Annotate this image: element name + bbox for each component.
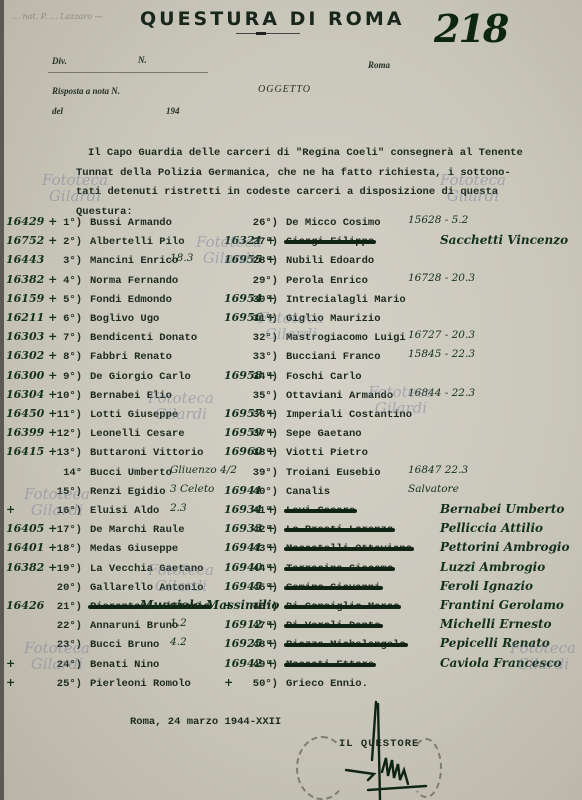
handwritten-margin-number: 16429 + bbox=[6, 215, 57, 228]
paragraph-line: tati detenuti ristretti in codeste carce… bbox=[44, 183, 564, 203]
detainee-row: 10°)Bernabei Elio bbox=[44, 390, 172, 402]
detainee-row: 2°)Albertelli Pilo bbox=[44, 236, 185, 248]
handwritten-annotation: Bernabei Umberto bbox=[440, 502, 564, 516]
detainee-name: La Vecchia Gaetano bbox=[90, 563, 203, 575]
detainee-row: 50°)Grieco Ennio. bbox=[240, 678, 368, 690]
detainee-name: Bussi Armando bbox=[90, 217, 172, 229]
handwritten-margin-number: 16959 + bbox=[224, 426, 275, 439]
div-label: Div. bbox=[52, 56, 67, 66]
detainee-row: 16°)Eluisi Aldo bbox=[44, 505, 159, 517]
detainee-row: 8°)Fabbri Renato bbox=[44, 351, 172, 363]
detainee-row: 14°Bucci Umberto bbox=[44, 467, 172, 479]
detainee-name: Moscatelli Ottaviano bbox=[286, 543, 412, 555]
handwritten-annotation: 16847 22.3 bbox=[408, 464, 468, 476]
handwritten-annotation: Pelliccia Attilio bbox=[440, 521, 543, 535]
handwritten-margin-number: 16940 + bbox=[224, 561, 275, 574]
detainee-row: 39°)Troiani Eusebio bbox=[240, 467, 381, 479]
detainee-name: Pierleoni Romolo bbox=[90, 678, 191, 690]
detainee-row: 35°)Ottaviani Armando bbox=[240, 390, 393, 402]
title-underline bbox=[236, 33, 300, 34]
handwritten-annotation: 15845 - 22.3 bbox=[408, 348, 475, 360]
handwritten-margin-number: 16925 + bbox=[224, 637, 275, 650]
detainee-name: Albertelli Pilo bbox=[90, 236, 185, 248]
detainee-row: 26°)De Micco Cosimo bbox=[240, 217, 381, 229]
handwritten-margin-number: + bbox=[6, 503, 15, 516]
handwritten-margin-number: 16159 + bbox=[6, 292, 57, 305]
detainee-name: Perola Enrico bbox=[286, 275, 368, 287]
detainee-row: 13°)Buttaroni Vittorio bbox=[44, 447, 203, 459]
detainee-number: 24°) bbox=[44, 659, 82, 671]
detainee-name: Mancini Enrico bbox=[90, 255, 178, 267]
detainee-row: 12°)Leonelli Cesare bbox=[44, 428, 185, 440]
detainee-name: Bendicenti Donato bbox=[90, 332, 197, 344]
handwritten-annotation: Salvatore bbox=[408, 483, 459, 495]
detainee-number: 46°) bbox=[240, 601, 278, 613]
detainee-name: Medas Giuseppe bbox=[90, 543, 178, 555]
handwritten-annotation: Sacchetti Vincenzo bbox=[440, 233, 568, 247]
detainee-name: Mastrogiacomo Luigi bbox=[286, 332, 406, 344]
year-prefix: 194 bbox=[166, 106, 180, 116]
roma-label: Roma bbox=[368, 60, 390, 70]
detainee-name: Nubili Edoardo bbox=[286, 255, 374, 267]
handwritten-margin-number: 16955 + bbox=[224, 253, 275, 266]
paragraph-line: Il Capo Guardia delle carceri di "Regina… bbox=[44, 144, 564, 164]
detainee-name: Norma Fernando bbox=[90, 275, 178, 287]
detainee-name: Leonelli Cesare bbox=[90, 428, 185, 440]
detainee-name: Lo Presti Lorenzo bbox=[286, 524, 393, 536]
handwritten-annotation: 3 Celeto bbox=[170, 483, 214, 495]
detainee-number: 29°) bbox=[240, 275, 278, 287]
detainee-name: Annaruni Bruno bbox=[90, 620, 178, 632]
handwritten-annotation: Frantini Gerolamo bbox=[440, 598, 564, 612]
handwritten-annotation: Pettorini Ambrogio bbox=[440, 540, 569, 554]
detainee-name: Terracina Giacomo bbox=[286, 563, 393, 575]
handwritten-margin-number: 16957 + bbox=[224, 407, 275, 420]
handwritten-margin-number: 16426 bbox=[6, 599, 44, 612]
detainee-name: Benati Nino bbox=[90, 659, 159, 671]
handwritten-margin-number: 16300 + bbox=[6, 369, 57, 382]
handwritten-margin-number: 16941 bbox=[224, 484, 262, 497]
detainee-name: Viotti Pietro bbox=[286, 447, 368, 459]
handwritten-margin-number: 16401 + bbox=[6, 541, 57, 554]
signature bbox=[338, 700, 428, 800]
detainee-number: 16°) bbox=[44, 505, 82, 517]
detainee-name: De Micco Cosimo bbox=[286, 217, 381, 229]
detainee-name: Di Consiglio Marco bbox=[286, 601, 399, 613]
detainee-row: 22°)Annaruni Bruno bbox=[44, 620, 178, 632]
document-page: … nat. P. … Lazzaro — QUESTURA DI ROMA 2… bbox=[0, 0, 582, 800]
detainee-name: Sepe Gaetano bbox=[286, 428, 362, 440]
letterhead-title: QUESTURA DI ROMA bbox=[140, 8, 404, 30]
detainee-number: 35°) bbox=[240, 390, 278, 402]
detainee-name: Canalis bbox=[286, 486, 330, 498]
detainee-name: Renzi Egidio bbox=[90, 486, 166, 498]
handwritten-annotation: Feroli Ignazio bbox=[440, 579, 533, 593]
n-label: N. bbox=[138, 55, 147, 65]
detainee-number: 20°) bbox=[44, 582, 82, 594]
handwritten-margin-number: 16945 + bbox=[224, 580, 275, 593]
handwritten-margin-number: 16912 + bbox=[224, 618, 275, 631]
detainee-number: 39°) bbox=[240, 467, 278, 479]
handwritten-annotation: 16727 - 20.3 bbox=[408, 329, 475, 341]
detainee-row: 3°)Mancini Enrico bbox=[44, 255, 178, 267]
title-underline-mark bbox=[256, 32, 266, 35]
detainee-row: 25°)Pierleoni Romolo bbox=[44, 678, 191, 690]
detainee-name: Moscati Ettore bbox=[286, 659, 374, 671]
handwritten-margin-number: 16941 + bbox=[224, 541, 275, 554]
detainee-name: Fabbri Renato bbox=[90, 351, 172, 363]
detainee-name: Eluisi Aldo bbox=[90, 505, 159, 517]
handwritten-margin-number: 16960 + bbox=[224, 445, 275, 458]
handwritten-margin-number: 16211 + bbox=[6, 311, 57, 324]
handwritten-annotation: 2.3 bbox=[170, 502, 187, 514]
detainee-number: 50°) bbox=[240, 678, 278, 690]
detainee-name: Giorgi Filippo bbox=[286, 236, 374, 248]
detainee-row: 5°)Fondi Edmondo bbox=[44, 294, 172, 306]
handwritten-margin-number: 16450 + bbox=[6, 407, 57, 420]
detainee-name: Imperiali Costantino bbox=[286, 409, 412, 421]
detainee-row: 9°)De Giorgio Carlo bbox=[44, 371, 191, 383]
detainee-row: 46°)Di Consiglio Marco bbox=[240, 601, 399, 613]
detainee-name: Bucci Bruno bbox=[90, 639, 159, 651]
detainee-name: Di Veroli Dante bbox=[286, 620, 381, 632]
detainee-row: 18°)Medas Giuseppe bbox=[44, 543, 178, 555]
detainee-row: 1°)Bussi Armando bbox=[44, 217, 172, 229]
detainee-name: Lotti Giuseppe bbox=[90, 409, 178, 421]
detainee-name: Grieco Ennio. bbox=[286, 678, 368, 690]
detainee-row: 20°)Gallarello Antonio bbox=[44, 582, 203, 594]
handwritten-margin-number: 16399 + bbox=[6, 426, 57, 439]
detainee-number: 32°) bbox=[240, 332, 278, 344]
detainee-number: 22°) bbox=[44, 620, 82, 632]
detainee-row: 23°)Bucci Bruno bbox=[44, 639, 159, 651]
detainee-name: Levi Cesare bbox=[286, 505, 355, 517]
detainee-row: 33°)Bucciani Franco bbox=[240, 351, 381, 363]
handwritten-margin-number: 16382 + bbox=[6, 273, 57, 286]
detainee-row: 24°)Benati Nino bbox=[44, 659, 159, 671]
oggetto-label: OGGETTO bbox=[258, 84, 311, 95]
risposta-label: Risposta a nota N. bbox=[52, 86, 120, 96]
handwritten-annotation: Michelli Ernesto bbox=[440, 617, 552, 631]
handwritten-margin-number: + bbox=[224, 676, 233, 689]
handwritten-margin-number: 16934 + bbox=[224, 503, 275, 516]
detainee-row: 15°)Renzi Egidio bbox=[44, 486, 166, 498]
detainee-row: 32°)Mastrogiacomo Luigi bbox=[240, 332, 406, 344]
handwritten-margin-number: 16302 + bbox=[6, 349, 57, 362]
detainee-row: 11°)Lotti Giuseppe bbox=[44, 409, 178, 421]
detainee-row: 4°)Norma Fernando bbox=[44, 275, 178, 287]
handwritten-margin-number: 16303 + bbox=[6, 330, 57, 343]
detainee-name: Buttaroni Vittorio bbox=[90, 447, 203, 459]
handwritten-margin-number: 16321 + bbox=[224, 234, 275, 247]
handwritten-margin-number: 16752 + bbox=[6, 234, 57, 247]
detainee-name: Intrecialagli Mario bbox=[286, 294, 406, 306]
detainee-name: Troiani Eusebio bbox=[286, 467, 381, 479]
handwritten-margin-number: 16942 + bbox=[224, 657, 275, 670]
detainee-number: 3°) bbox=[44, 255, 82, 267]
detainee-row: 29°)Perola Enrico bbox=[240, 275, 368, 287]
detainee-name: Bucciani Franco bbox=[286, 351, 381, 363]
handwritten-margin-number: + bbox=[224, 599, 233, 612]
detainee-name: Semino Giovanni bbox=[286, 582, 381, 594]
detainee-number: 15°) bbox=[44, 486, 82, 498]
handwritten-annotation: 4.2 bbox=[170, 636, 187, 648]
handwritten-margin-number: + bbox=[6, 676, 15, 689]
handwritten-annotation: 16844 - 22.3 bbox=[408, 387, 475, 399]
detainee-number: 23°) bbox=[44, 639, 82, 651]
handwritten-margin-number: + bbox=[6, 657, 15, 670]
handwritten-annotation: 18.3 bbox=[170, 252, 193, 264]
handwritten-annotation: Caviola Francesco bbox=[440, 656, 562, 670]
detainee-name: Bucci Umberto bbox=[90, 467, 172, 479]
paragraph-line: Tunnat della Polizia Germanica, che ne h… bbox=[44, 164, 564, 184]
detainee-row: 19°)La Vecchia Gaetano bbox=[44, 563, 203, 575]
detainee-row: 17°)De Marchi Raule bbox=[44, 524, 185, 536]
handwritten-annotation: 1.2 bbox=[170, 617, 187, 629]
detainee-row: 7°)Bendicenti Donato bbox=[44, 332, 197, 344]
handwritten-margin-number: 16304 + bbox=[6, 388, 57, 401]
handwritten-margin-number: 16933 + bbox=[224, 522, 275, 535]
handwritten-annotation: 16728 - 20.3 bbox=[408, 272, 475, 284]
handwritten-margin-number: 16415 + bbox=[6, 445, 57, 458]
detainee-name: Boglivo Ugo bbox=[90, 313, 159, 325]
handwritten-annotation: 15628 - 5.2 bbox=[408, 214, 468, 226]
form-rule bbox=[48, 72, 208, 73]
handwritten-margin-number: 16958 + bbox=[224, 369, 275, 382]
handwritten-margin-number: 16382 + bbox=[6, 561, 57, 574]
detainee-name: Foschi Carlo bbox=[286, 371, 362, 383]
detainee-number: 33°) bbox=[240, 351, 278, 363]
detainee-name: Giglio Maurizio bbox=[286, 313, 381, 325]
place-and-date: Roma, 24 marzo 1944-XXII bbox=[130, 716, 281, 728]
detainee-name: Ottaviani Armando bbox=[286, 390, 393, 402]
detainee-name: De Marchi Raule bbox=[90, 524, 185, 536]
detainee-row: 6°)Boglivo Ugo bbox=[44, 313, 159, 325]
detainee-name: Bernabei Elio bbox=[90, 390, 172, 402]
body-paragraph: Il Capo Guardia delle carceri di "Regina… bbox=[44, 144, 564, 222]
detainee-number: 14° bbox=[44, 467, 82, 479]
handwritten-annotation: Pepicelli Renato bbox=[440, 636, 550, 650]
detainee-name: De Giorgio Carlo bbox=[90, 371, 191, 383]
handwritten-margin-number: 16954 + bbox=[224, 292, 275, 305]
handwritten-document-number: 218 bbox=[434, 6, 507, 51]
pencil-note-top-left: … nat. P. … Lazzaro — bbox=[12, 12, 122, 22]
detainee-number: 21°) bbox=[44, 601, 82, 613]
detainee-number: 26°) bbox=[240, 217, 278, 229]
handwritten-margin-number: 16956 + bbox=[224, 311, 275, 324]
del-label: del bbox=[52, 106, 63, 116]
detainee-name: Piazza Michelangelo bbox=[286, 639, 406, 651]
handwritten-margin-number: 16405 + bbox=[6, 522, 57, 535]
handwritten-annotation: Gliuenzo 4/2 bbox=[170, 464, 237, 476]
handwritten-margin-number: 16443 bbox=[6, 253, 44, 266]
handwritten-annotation: Luzzi Ambrogio bbox=[440, 560, 545, 574]
detainee-name: Gallarello Antonio bbox=[90, 582, 203, 594]
detainee-name: Fondi Edmondo bbox=[90, 294, 172, 306]
detainee-number: 25°) bbox=[44, 678, 82, 690]
